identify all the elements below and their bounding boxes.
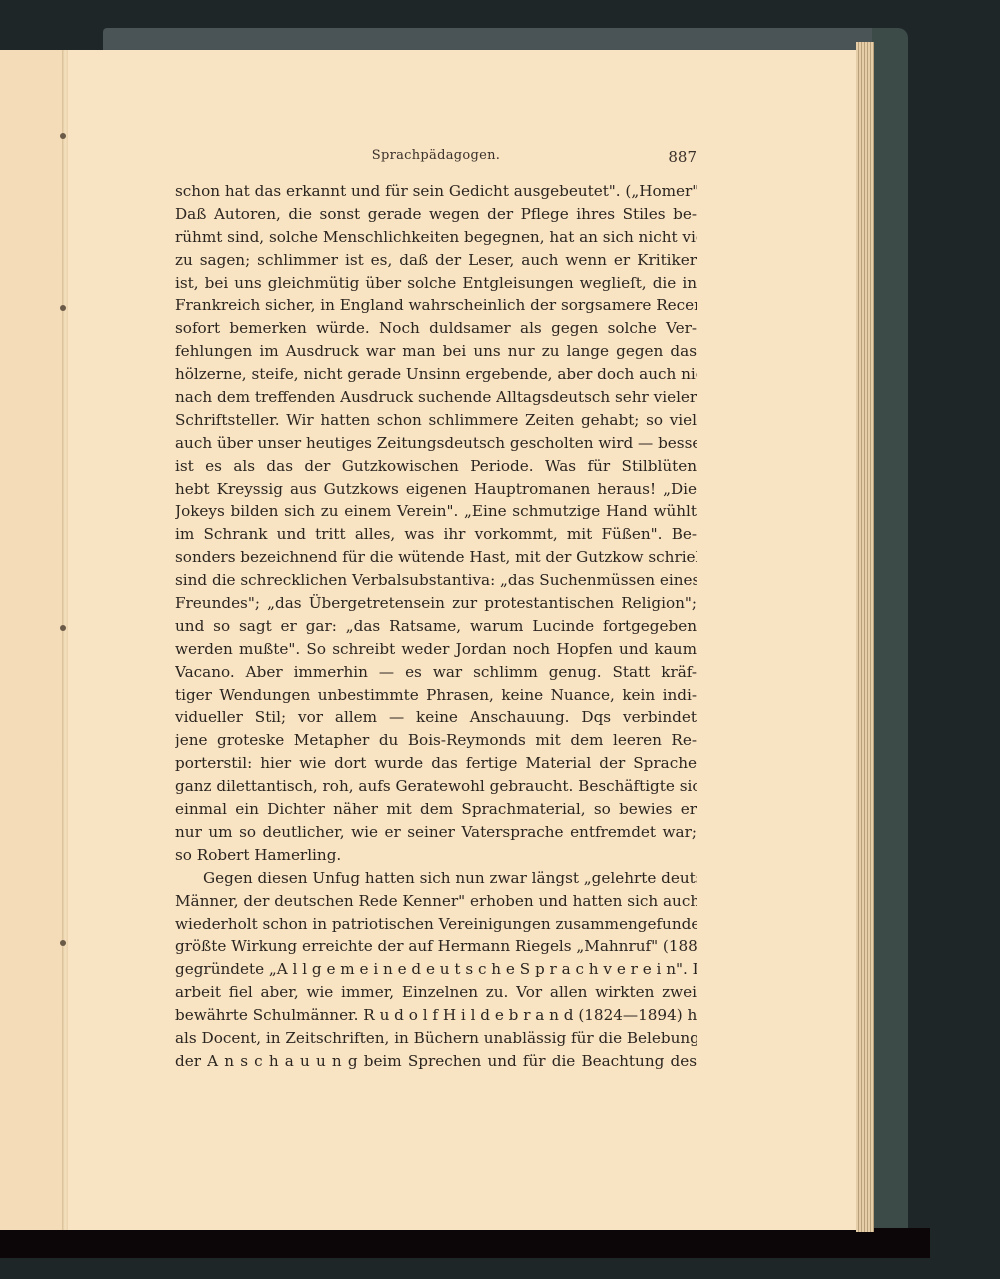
text-line: auch über unser heutiges Zeitungsdeutsch…: [175, 432, 697, 455]
binding-stitch: [60, 133, 66, 139]
text-line: im Schrank und tritt alles, was ihr vork…: [175, 523, 697, 546]
text-line: größte Wirkung erreichte der auf Hermann…: [175, 935, 697, 958]
running-head: Sprachpädagogen. 887: [175, 148, 697, 168]
book-cover-right-edge: [872, 28, 908, 1238]
text-line: sind die schrecklichen Verbalsubstantiva…: [175, 569, 697, 592]
text-line: der A n s c h a u u n g beim Sprechen un…: [175, 1050, 697, 1073]
book-bottom-shadow: [0, 1228, 930, 1258]
binding-stitch: [60, 305, 66, 311]
text-line: sofort bemerken würde. Noch duldsamer al…: [175, 317, 697, 340]
page-number: 887: [668, 148, 697, 166]
text-line: sonders bezeichnend für die wütende Hast…: [175, 546, 697, 569]
text-line: ist es als das der Gutzkowischen Periode…: [175, 455, 697, 478]
binding-stitch: [60, 940, 66, 946]
binding-stitch: [60, 625, 66, 631]
text-line: jene groteske Metapher du Bois-Reymonds …: [175, 729, 697, 752]
text-line: als Docent, in Zeitschriften, in Büchern…: [175, 1027, 697, 1050]
text-line: Freundes"; „das Übergetretensein zur pro…: [175, 592, 697, 615]
text-line: Daß Autoren, die sonst gerade wegen der …: [175, 203, 697, 226]
text-line: zu sagen; schlimmer ist es, daß der Lese…: [175, 249, 697, 272]
text-line: Frankreich sicher, in England wahrschein…: [175, 294, 697, 317]
text-line: Vacano. Aber immerhin — es war schlimm g…: [175, 661, 697, 684]
text-line: ist, bei uns gleichmütig über solche Ent…: [175, 272, 697, 295]
text-line: ganz dilettantisch, roh, aufs Geratewohl…: [175, 775, 697, 798]
text-line: hölzerne, steife, nicht gerade Unsinn er…: [175, 363, 697, 386]
text-line: nach dem treffenden Ausdruck suchende Al…: [175, 386, 697, 409]
text-line: vidueller Stil; vor allem — keine Anscha…: [175, 706, 697, 729]
text-line: schon hat das erkannt und für sein Gedic…: [175, 180, 697, 203]
text-line: gegründete „A l l g e m e i n e d e u t …: [175, 958, 697, 981]
text-line: hebt Kreyssig aus Gutzkows eigenen Haupt…: [175, 478, 697, 501]
paragraph-start-line: Gegen diesen Unfug hatten sich nun zwar …: [175, 867, 697, 890]
page-stack-edges: [856, 42, 874, 1232]
book-cover-top-edge: [103, 28, 903, 52]
text-line: Jokeys bilden sich zu einem Verein". „Ei…: [175, 500, 697, 523]
text-line: bewährte Schulmänner. R u d o l f H i l …: [175, 1004, 697, 1027]
text-line: Männer, der deutschen Rede Kenner" erhob…: [175, 890, 697, 913]
running-title: Sprachpädagogen.: [175, 148, 697, 163]
text-line: wiederholt schon in patriotischen Verein…: [175, 913, 697, 936]
text-line: nur um so deutlicher, wie er seiner Vate…: [175, 821, 697, 844]
text-line: tiger Wendungen unbestimmte Phrasen, kei…: [175, 684, 697, 707]
paragraph-end-line: so Robert Hamerling.: [175, 844, 697, 867]
left-page-edge: [0, 50, 64, 1230]
text-line: porterstil: hier wie dort wurde das fert…: [175, 752, 697, 775]
text-line: fehlungen im Ausdruck war man bei uns nu…: [175, 340, 697, 363]
text-line: und so sagt er gar: „das Ratsame, warum …: [175, 615, 697, 638]
text-line: Schriftsteller. Wir hatten schon schlimm…: [175, 409, 697, 432]
text-line: werden mußte". So schreibt weder Jordan …: [175, 638, 697, 661]
text-line: arbeit fiel aber, wie immer, Einzelnen z…: [175, 981, 697, 1004]
text-line: rühmt sind, solche Menschlichkeiten bege…: [175, 226, 697, 249]
text-line: einmal ein Dichter näher mit dem Sprachm…: [175, 798, 697, 821]
body-text: schon hat das erkannt und für sein Gedic…: [175, 180, 697, 1073]
